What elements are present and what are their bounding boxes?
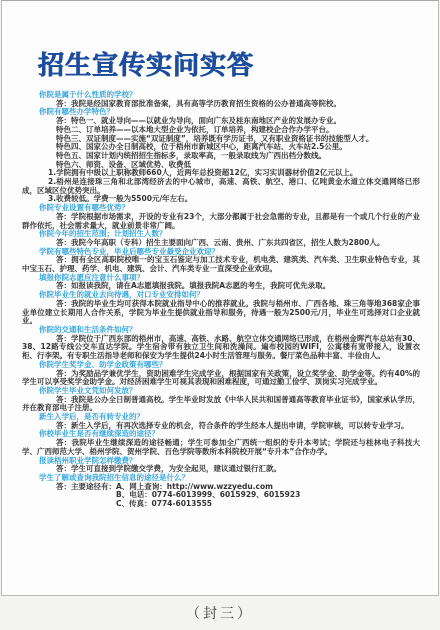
qa-list: 你院是属于什么性质的学校？答：我院是经国家教育部批准备案，具有高等学历教育招生资… bbox=[22, 91, 420, 509]
answer-line: 2.梧州是连接珠三角和北部湾经济去的中心城市，高速、高铁、航空、港口、亿吨黄金水… bbox=[22, 178, 420, 195]
answer-line: 答：学院位于广西东部的梧州市，高速、高铁、水路、航空立体交通网络已形成，在梧州金… bbox=[22, 335, 420, 361]
brochure-page: 招生宣传实问实答 你院是属于什么性质的学校？答：我院是经国家教育部批准备案，具有… bbox=[1, 0, 439, 596]
answer-line: 答：我院是公办全日制普通高校。学生毕业时发放《中华人民共和国普通高等教育毕业证书… bbox=[22, 396, 420, 413]
answer-line: 答：我院毕业生继续深造的途径畅通；学生可参加全广西统一组织的专升本考试；学院还与… bbox=[22, 439, 420, 456]
answer-line: 答：学院根据市场需求，开设的专业有23个，大部分都属于社会急需的专业，且都是有一… bbox=[22, 213, 420, 230]
page-label: （封三） bbox=[0, 603, 440, 623]
answer-line: B、电话：0774-6013999、6015929、6015923 bbox=[22, 491, 420, 500]
answer-line: C、传真：0774-6013555 bbox=[22, 500, 420, 509]
page-title: 招生宣传实问实答 bbox=[38, 45, 438, 82]
answer-line: 答：拥有全区高职院校唯一的宝玉石鉴定与加工技术专业，机电类、建筑类、汽车类、卫生… bbox=[22, 256, 420, 273]
answer-line: 答：为奖励品学兼优学生，资助困难学生完成学业，根据国家有关政策，设立奖学金、助学… bbox=[22, 370, 420, 387]
answer-line: 答：我院的毕业生均可获得本院就业指导中心的推荐就业。我院与梧州市、广西各地、珠三… bbox=[22, 300, 420, 326]
